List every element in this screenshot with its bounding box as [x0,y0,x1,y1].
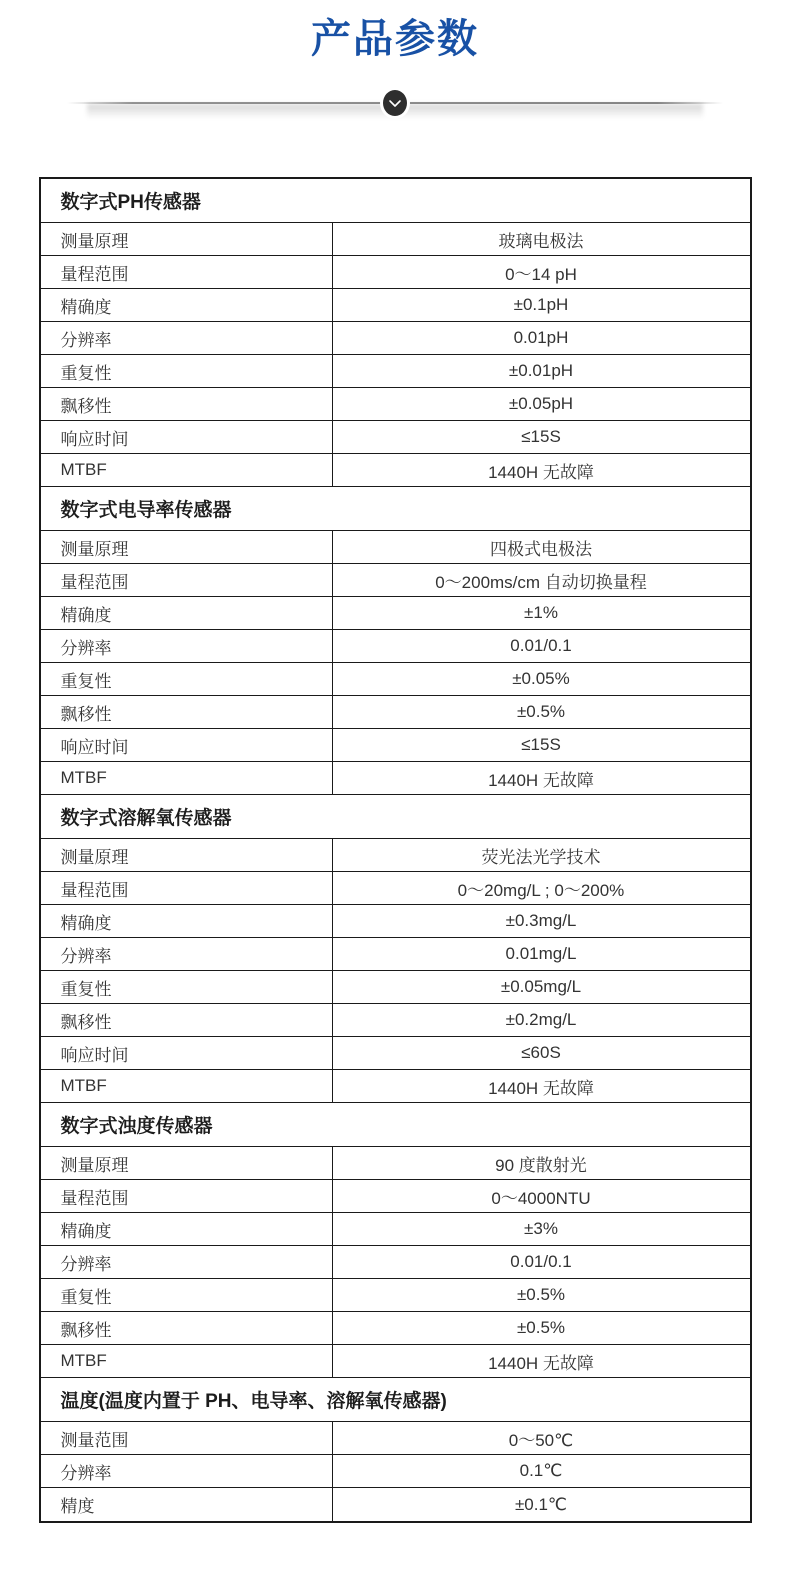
section-title: 数字式电导率传感器 [41,487,750,531]
param-label: MTBF [41,762,333,794]
param-value: ±0.2mg/L [333,1004,750,1036]
param-label: 飘移性 [41,1312,333,1344]
param-value: 0～200ms/cm 自动切换量程 [333,564,750,596]
param-value: 0.01pH [333,322,750,354]
param-label: 分辨率 [41,1455,333,1487]
section-title: 数字式溶解氧传感器 [41,795,750,839]
section-title: 数字式PH传感器 [41,179,750,223]
table-row: 响应时间≤15S [41,729,750,762]
table-row: 重复性±0.01pH [41,355,750,388]
param-value: 0～4000NTU [333,1180,750,1212]
param-label: MTBF [41,1070,333,1102]
param-label: 测量原理 [41,223,333,255]
param-label: 量程范围 [41,256,333,288]
table-row: 重复性±0.5% [41,1279,750,1312]
param-value: ±0.5% [333,1312,750,1344]
param-value: 0～14 pH [333,256,750,288]
param-label: 响应时间 [41,421,333,453]
param-label: 响应时间 [41,1037,333,1069]
table-row: 测量原理玻璃电极法 [41,223,750,256]
param-label: 量程范围 [41,872,333,904]
param-label: 响应时间 [41,729,333,761]
param-label: 重复性 [41,971,333,1003]
param-value: 玻璃电极法 [333,223,750,255]
table-row: 飘移性±0.5% [41,1312,750,1345]
param-value: ±0.1℃ [333,1488,750,1521]
table-row: 分辨率0.01/0.1 [41,630,750,663]
param-label: 分辨率 [41,630,333,662]
param-value: ±1% [333,597,750,629]
param-value: ±3% [333,1213,750,1245]
table-row: 重复性±0.05mg/L [41,971,750,1004]
param-label: 飘移性 [41,1004,333,1036]
param-label: 精确度 [41,1213,333,1245]
table-row: 分辨率0.1℃ [41,1455,750,1488]
param-value: 0.01/0.1 [333,630,750,662]
param-label: 测量范围 [41,1422,333,1454]
param-label: 精确度 [41,597,333,629]
param-value: 90 度散射光 [333,1147,750,1179]
table-row: 精度±0.1℃ [41,1488,750,1521]
param-label: 量程范围 [41,564,333,596]
table-row: 分辨率0.01mg/L [41,938,750,971]
param-value: ±0.05pH [333,388,750,420]
param-value: ±0.5% [333,1279,750,1311]
table-row: 响应时间≤60S [41,1037,750,1070]
table-row: 量程范围0～200ms/cm 自动切换量程 [41,564,750,597]
param-value: ≤60S [333,1037,750,1069]
section-title: 数字式浊度传感器 [41,1103,750,1147]
param-label: 精确度 [41,905,333,937]
table-row: 测量范围0～50℃ [41,1422,750,1455]
table-row: 分辨率0.01/0.1 [41,1246,750,1279]
table-row: 响应时间≤15S [41,421,750,454]
param-value: ≤15S [333,729,750,761]
chevron-down-icon[interactable] [380,87,410,119]
param-value: 0～20mg/L ; 0～200% [333,872,750,904]
param-label: 重复性 [41,663,333,695]
param-label: 分辨率 [41,1246,333,1278]
param-value: 四极式电极法 [333,531,750,563]
param-label: 飘移性 [41,388,333,420]
param-label: MTBF [41,1345,333,1377]
param-label: 精确度 [41,289,333,321]
table-row: 精确度±0.1pH [41,289,750,322]
page-title: 产品参数 [0,0,790,60]
param-value: ±0.5% [333,696,750,728]
param-value: ±0.3mg/L [333,905,750,937]
param-label: 精度 [41,1488,333,1521]
table-row: 量程范围0～14 pH [41,256,750,289]
table-row: 飘移性±0.2mg/L [41,1004,750,1037]
param-label: 分辨率 [41,322,333,354]
table-row: 测量原理90 度散射光 [41,1147,750,1180]
param-label: 测量原理 [41,1147,333,1179]
param-label: 重复性 [41,355,333,387]
table-row: 量程范围0～4000NTU [41,1180,750,1213]
table-row: 测量原理四极式电极法 [41,531,750,564]
table-row: 分辨率0.01pH [41,322,750,355]
param-value: 1440H 无故障 [333,454,750,486]
param-label: 重复性 [41,1279,333,1311]
param-value: ±0.05% [333,663,750,695]
param-value: 1440H 无故障 [333,1345,750,1377]
param-value: 0.1℃ [333,1455,750,1487]
param-value: ±0.05mg/L [333,971,750,1003]
table-row: MTBF1440H 无故障 [41,762,750,795]
table-row: 飘移性±0.5% [41,696,750,729]
param-value: 0～50℃ [333,1422,750,1454]
param-label: 测量原理 [41,531,333,563]
param-label: 量程范围 [41,1180,333,1212]
param-value: 1440H 无故障 [333,1070,750,1102]
spec-table: 数字式PH传感器测量原理玻璃电极法量程范围0～14 pH精确度±0.1pH分辨率… [39,177,752,1523]
param-label: 分辨率 [41,938,333,970]
section-divider [67,85,723,121]
param-label: 飘移性 [41,696,333,728]
param-value: ≤15S [333,421,750,453]
param-value: 1440H 无故障 [333,762,750,794]
table-row: MTBF1440H 无故障 [41,1070,750,1103]
param-value: 0.01mg/L [333,938,750,970]
section-title: 温度(温度内置于 PH、电导率、溶解氧传感器) [41,1378,750,1422]
table-row: 精确度±3% [41,1213,750,1246]
param-value: 0.01/0.1 [333,1246,750,1278]
param-value: ±0.1pH [333,289,750,321]
param-value: 荧光法光学技术 [333,839,750,871]
param-label: 测量原理 [41,839,333,871]
table-row: 测量原理荧光法光学技术 [41,839,750,872]
table-row: 精确度±1% [41,597,750,630]
param-value: ±0.01pH [333,355,750,387]
table-row: 量程范围0～20mg/L ; 0～200% [41,872,750,905]
param-label: MTBF [41,454,333,486]
table-row: MTBF1440H 无故障 [41,454,750,487]
table-row: 重复性±0.05% [41,663,750,696]
table-row: MTBF1440H 无故障 [41,1345,750,1378]
table-row: 飘移性±0.05pH [41,388,750,421]
table-row: 精确度±0.3mg/L [41,905,750,938]
